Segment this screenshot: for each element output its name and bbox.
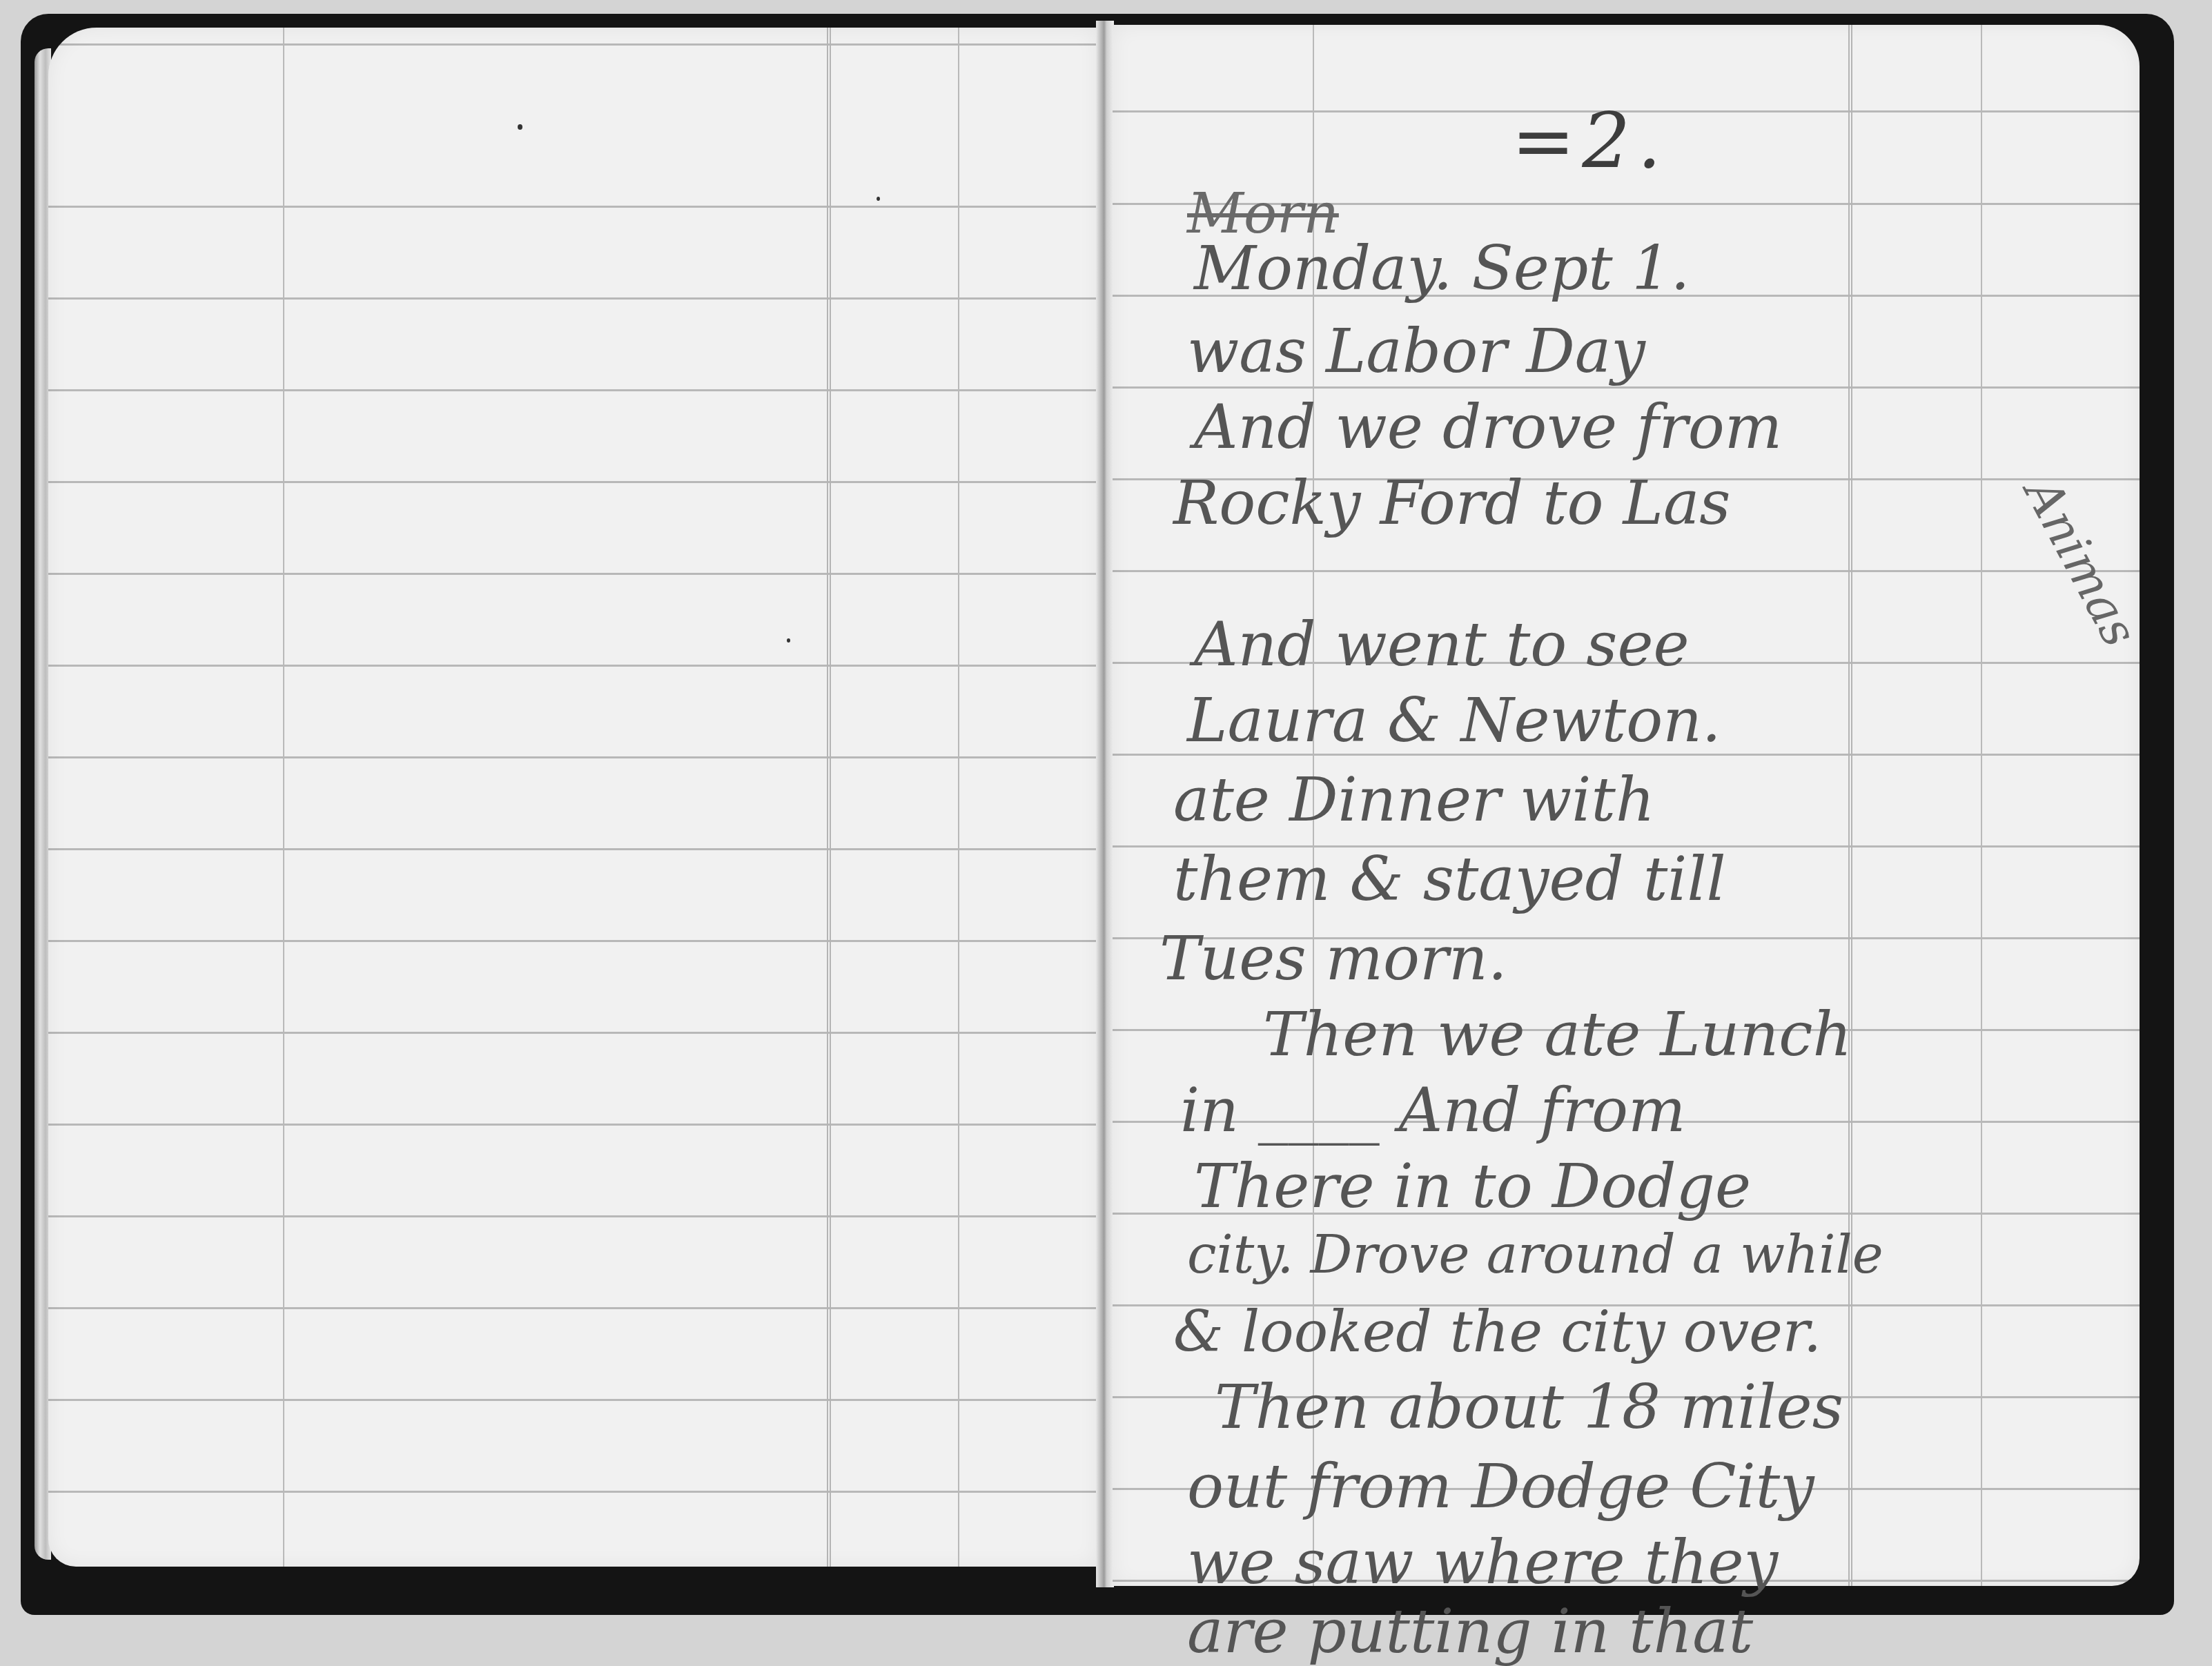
handwritten-line: them & stayed till (1173, 849, 1726, 910)
handwritten-line: we saw where they (1187, 1532, 1778, 1593)
paper-speck (787, 638, 790, 643)
right-page-column-rule (1981, 25, 1982, 1586)
paper-speck (877, 197, 880, 201)
handwritten-line: And went to see (1194, 614, 1690, 675)
left-page-margin-rule (283, 28, 284, 1567)
handwritten-line: are putting in that (1187, 1601, 1753, 1662)
handwritten-line: city. Drove around a while (1187, 1228, 1883, 1281)
paper-speck (518, 124, 522, 130)
handwritten-line: Then we ate Lunch (1263, 1004, 1852, 1065)
entry-number: =2. (1511, 97, 1668, 185)
handwritten-line: Monday. Sept 1. (1194, 238, 1690, 299)
handwritten-line: & looked the city over. (1173, 1304, 1821, 1361)
left-page-column-rule (958, 28, 959, 1567)
right-page-column-rule (1848, 25, 1852, 1586)
handwritten-line: in ____ And from (1180, 1080, 1685, 1141)
handwritten-line: Tues morn. (1159, 928, 1507, 989)
handwritten-line: Laura & Newton. (1187, 690, 1721, 751)
handwritten-line: out from Dodge City (1187, 1456, 1814, 1517)
notebook-spine (1096, 21, 1114, 1587)
handwritten-line: There in to Dodge (1194, 1156, 1751, 1217)
handwritten-line: Then about 18 miles (1215, 1377, 1843, 1438)
handwritten-line: ate Dinner with (1173, 770, 1655, 830)
handwritten-line: Rocky Ford to Las (1173, 473, 1731, 533)
handwritten-line: was Labor Day (1187, 321, 1645, 382)
handwritten-line: And we drove from (1194, 397, 1782, 458)
left-page-column-rule (827, 28, 831, 1567)
left-page (48, 28, 1097, 1567)
